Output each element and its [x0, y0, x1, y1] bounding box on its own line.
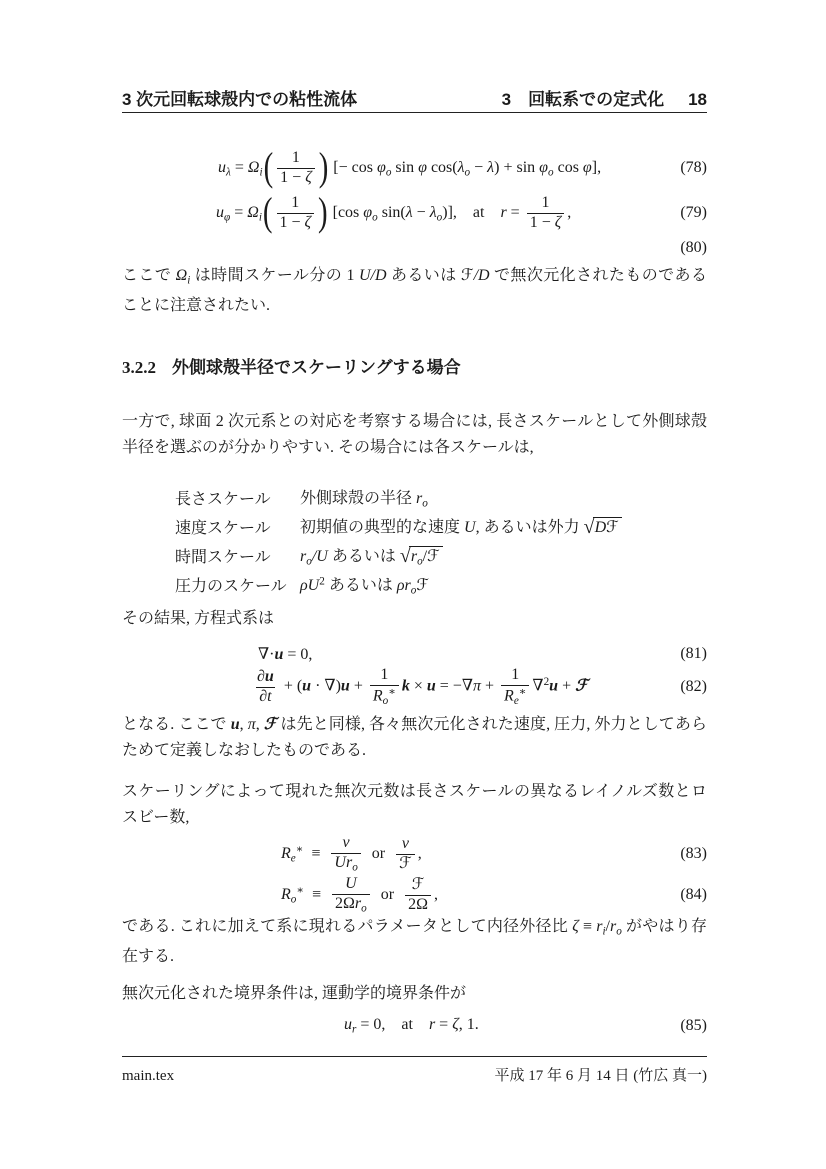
footer-rule — [122, 1056, 707, 1057]
scale-value: ro/U あるいは √ro/ℱ — [300, 543, 443, 569]
footer-filename: main.tex — [122, 1068, 174, 1085]
equation-81: ∇·u = 0, (81) — [122, 644, 707, 664]
equation-83: Re∗ ≡ νUro or νℱ, (83) — [122, 834, 707, 874]
header-document-title: 3 次元回転球殻内での粘性流体 — [122, 85, 357, 110]
equation-81-body: ∇·u = 0, — [258, 644, 312, 664]
paragraph-after-eq82: となる. ここで u, π, ℱ は先と同様, 各々無次元化された速度, 圧力,… — [122, 712, 707, 764]
equation-84-body: Ro∗ ≡ U2Ωro or ℱ2Ω, — [281, 875, 438, 915]
paragraph-nondim-numbers: スケーリングによって現れた無次元数は長さスケールの異なるレイノルズ数とロスビー数… — [122, 779, 707, 831]
equation-80-number: (80) — [680, 239, 707, 257]
equation-85-number: (85) — [680, 1017, 707, 1035]
header-rule — [122, 112, 707, 113]
equation-79: uφ = Ωi(11 − ζ) [cos φo sin(λ − λo)], at… — [122, 194, 707, 233]
table-row: 時間スケール ro/U あるいは √ro/ℱ — [175, 541, 707, 570]
equation-83-number: (83) — [680, 845, 707, 863]
equation-83-body: Re∗ ≡ νUro or νℱ, — [281, 834, 422, 874]
document-page: 3 次元回転球殻内での粘性流体 3 回転系での定式化 18 uλ = Ωi(11… — [0, 0, 826, 1169]
equation-79-body: uφ = Ωi(11 − ζ) [cos φo sin(λ − λo)], at… — [216, 194, 571, 233]
equation-81-number: (81) — [680, 645, 707, 663]
equation-85-body: ur = 0, at r = ζ, 1. — [344, 1016, 479, 1035]
equation-82-body: ∂u∂t + (u · ∇)u + 1Ro∗k × u = −∇π + 1Re∗… — [251, 666, 588, 708]
scale-label: 長さスケール — [175, 486, 300, 509]
table-row: 圧力のスケール ρU2 あるいは ρroℱ — [175, 570, 707, 599]
scale-value: ρU2 あるいは ρroℱ — [300, 572, 429, 596]
equation-78-body: uλ = Ωi(11 − ζ) [− cos φo sin φ cos(λo −… — [218, 149, 601, 188]
equation-78: uλ = Ωi(11 − ζ) [− cos φo sin φ cos(λo −… — [122, 149, 707, 188]
scale-label: 時間スケール — [175, 544, 300, 567]
section-number: 3.2.2 — [122, 358, 156, 377]
equation-82-number: (82) — [680, 678, 707, 696]
equation-84-number: (84) — [680, 886, 707, 904]
equation-78-number: (78) — [680, 159, 707, 177]
equation-85: ur = 0, at r = ζ, 1. (85) — [122, 1016, 707, 1035]
header-section-title: 3 回転系での定式化 — [502, 85, 664, 110]
equation-82: ∂u∂t + (u · ∇)u + 1Ro∗k × u = −∇π + 1Re∗… — [122, 666, 707, 708]
scale-label: 圧力のスケール — [175, 573, 300, 596]
scale-label: 速度スケール — [175, 515, 300, 538]
scale-value: 初期値の典型的な速度 U, あるいは外力 √Dℱ — [300, 514, 622, 540]
paragraph-omega-note: ここで Ωi は時間スケール分の 1 U/D あるいは ℱ/D で無次元化された… — [122, 263, 707, 319]
page-footer: main.tex 平成 17 年 6 月 14 日 (竹広 真一) — [122, 1064, 707, 1085]
paragraph-scaling-intro: 一方で, 球面 2 次元系との対応を考察する場合には, 長さスケールとして外側球… — [122, 409, 707, 461]
paragraph-after-eq84: である. これに加えて系に現れるパラメータとして内径外径比 ζ ≡ ri/ro … — [122, 914, 707, 970]
page-number: 18 — [688, 90, 707, 110]
equation-80: (80) — [122, 239, 707, 257]
table-row: 速度スケール 初期値の典型的な速度 U, あるいは外力 √Dℱ — [175, 512, 707, 541]
equation-84: Ro∗ ≡ U2Ωro or ℱ2Ω, (84) — [122, 875, 707, 915]
table-row: 長さスケール 外側球殻の半径 ro — [175, 483, 707, 512]
page-header: 3 次元回転球殻内での粘性流体 3 回転系での定式化 18 — [122, 85, 707, 110]
paragraph-boundary-intro: 無次元化された境界条件は, 運動学的境界条件が — [122, 981, 707, 1007]
header-right-group: 3 回転系での定式化 18 — [502, 85, 707, 110]
section-heading: 3.2.2外側球殻半径でスケーリングする場合 — [122, 353, 707, 378]
section-title: 外側球殻半径でスケーリングする場合 — [172, 358, 461, 377]
scale-value: 外側球殻の半径 ro — [300, 485, 428, 509]
footer-date: 平成 17 年 6 月 14 日 (竹広 真一) — [495, 1064, 708, 1085]
equation-79-number: (79) — [680, 204, 707, 222]
scales-table: 長さスケール 外側球殻の半径 ro 速度スケール 初期値の典型的な速度 U, あ… — [175, 483, 707, 599]
paragraph-result-intro: その結果, 方程式系は — [122, 606, 707, 632]
